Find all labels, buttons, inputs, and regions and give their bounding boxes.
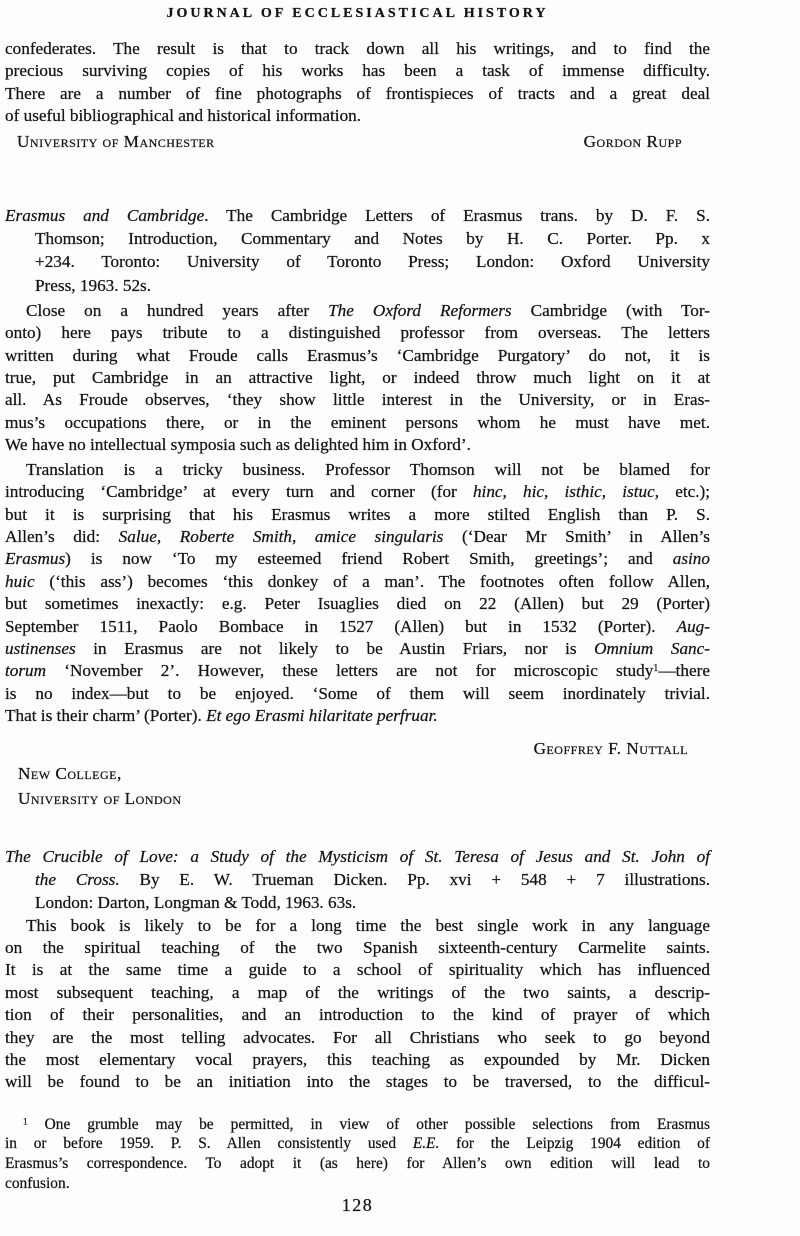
italic-text: the Cross. [35, 870, 120, 889]
text-segment: on the spiritual teaching of the two Spa… [5, 938, 710, 957]
text-segment: Erasmus’s correspondence. To adopt it (a… [5, 1155, 710, 1172]
text-segment: We have no intellectual symposia such as… [5, 435, 471, 454]
text-segment: introducing ‘Cambridge’ at every turn an… [5, 482, 473, 501]
text-line: London: Darton, Longman & Todd, 1963. 63… [5, 891, 710, 914]
text-segment: (‘Dear Mr Smith’ in Allen’s [443, 527, 710, 546]
italic-text: Erasmus and Cambridge [5, 206, 204, 225]
italic-text: hic [523, 482, 544, 501]
text-segment: . The Cambridge Letters of Erasmus trans… [204, 206, 710, 225]
text-segment: precious surviving copies of his works h… [5, 61, 710, 80]
text-line: This book is likely to be for a long tim… [5, 915, 710, 937]
text-line: most subsequent teaching, a map of the w… [5, 982, 710, 1004]
italic-text: torum [5, 661, 46, 680]
text-segment: It is at the same time a guide to a scho… [5, 960, 710, 979]
text-line: It is at the same time a guide to a scho… [5, 959, 710, 981]
text-segment: true, put Cambridge in an attractive lig… [5, 368, 710, 387]
italic-text: hinc [473, 482, 503, 501]
text-segment: Press, 1963. 52s. [35, 276, 151, 295]
text-segment: Allen’s did: [5, 527, 119, 546]
text-line: Thomson; Introduction, Commentary and No… [5, 227, 710, 250]
text-segment: There are a number of fine photographs o… [5, 84, 710, 103]
text-segment: mus’s occupations there, or in the emine… [5, 413, 710, 432]
crucible-book-citation-heading: The Crucible of Love: a Study of the Mys… [5, 845, 710, 915]
text-line: huic (‘this ass’) becomes ‘this donkey o… [5, 571, 710, 593]
reviewer-affiliation-block: New College, University of London [5, 761, 710, 811]
text-line: torum ‘November 2’. However, these lette… [5, 660, 710, 682]
text-segment: (‘this ass’) becomes ‘this donkey of a m… [35, 572, 710, 591]
text-segment: Thomson; Introduction, Commentary and No… [35, 229, 710, 248]
italic-text: istuc [622, 482, 654, 501]
text-segment: but it is surprising that his Erasmus wr… [5, 505, 710, 524]
footnote-1: 1 One grumble may be permitted, in view … [5, 1115, 710, 1193]
text-line: That is their charm’ (Porter). Et ego Er… [5, 705, 710, 727]
text-segment: but sometimes inexactly: e.g. Peter Isua… [5, 594, 710, 613]
text-line: Allen’s did: Salue, Roberte Smith, amice… [5, 526, 710, 548]
text-line: 1 One grumble may be permitted, in view … [5, 1115, 710, 1135]
page-content: JOURNAL OF ECCLESIASTICAL HISTORY confed… [5, 0, 710, 1216]
text-segment: they are the most telling advocates. For… [5, 1028, 710, 1047]
text-segment: This book is likely to be for a long tim… [26, 916, 710, 935]
text-line: Close on a hundred years after The Oxfor… [5, 300, 710, 322]
text-segment: ) is now ‘To my esteemed friend Robert S… [65, 549, 673, 568]
italic-text: The Oxford Reformers [328, 301, 511, 320]
erasmus-book-citation-heading: Erasmus and Cambridge. The Cambridge Let… [5, 204, 710, 297]
text-line: all. As Froude observes, ‘they show litt… [5, 389, 710, 411]
text-segment: of useful bibliographical and historical… [5, 106, 361, 125]
text-line: Press, 1963. 52s. [5, 274, 710, 297]
text-segment: confederates. The result is that to trac… [5, 39, 710, 58]
text-segment: in Erasmus are not likely to be Austin F… [76, 639, 594, 658]
text-line: Translation is a tricky business. Profes… [5, 459, 710, 481]
text-line: written during what Froude calls Erasmus… [5, 345, 710, 367]
text-segment: One grumble may be permitted, in view of… [28, 1116, 710, 1133]
text-segment: all. As Froude observes, ‘they show litt… [5, 390, 710, 409]
text-line: The Crucible of Love: a Study of the Mys… [5, 845, 710, 868]
text-line: the Cross. By E. W. Trueman Dicken. Pp. … [5, 868, 710, 891]
text-line: +234. Toronto: University of Toronto Pre… [5, 250, 710, 273]
text-segment: in or before 1959. P. S. Allen consisten… [5, 1135, 413, 1152]
italic-text: Aug- [677, 617, 710, 636]
text-line: We have no intellectual symposia such as… [5, 434, 710, 456]
reviewer-name-rupp: Gordon Rupp [584, 131, 682, 153]
text-line: of useful bibliographical and historical… [5, 105, 710, 127]
text-line: onto) here pays tribute to a distinguish… [5, 322, 710, 344]
text-segment: the most elementary vocal prayers, this … [5, 1050, 710, 1069]
text-segment: for the Leipzig 1904 edition of [439, 1135, 710, 1152]
text-line: ustinenses in Erasmus are not likely to … [5, 638, 710, 660]
text-segment: will be found to be an initiation into t… [5, 1072, 710, 1091]
text-line: they are the most telling advocates. For… [5, 1027, 710, 1049]
text-segment: tion of their personalities, and an intr… [5, 1005, 710, 1024]
scanned-journal-page: JOURNAL OF ECCLESIASTICAL HISTORY confed… [0, 0, 800, 1236]
text-line: tion of their personalities, and an intr… [5, 1004, 710, 1026]
text-segment: is no index—but to be enjoyed. ‘Some of … [5, 684, 710, 703]
italic-text: asino [673, 549, 710, 568]
text-segment: confusion. [5, 1175, 70, 1192]
text-segment: , [602, 482, 622, 501]
text-line: Erasmus’s correspondence. To adopt it (a… [5, 1154, 710, 1174]
text-segment: , etc.); [655, 482, 710, 501]
text-line: Erasmus) is now ‘To my esteemed friend R… [5, 548, 710, 570]
text-segment: That is their charm’ (Porter). [5, 706, 206, 725]
review-rupp-signoff-row: University of Manchester Gordon Rupp [5, 131, 710, 153]
text-segment: written during what Froude calls Erasmus… [5, 346, 710, 365]
text-segment: most subsequent teaching, a map of the w… [5, 983, 710, 1002]
text-line: the most elementary vocal prayers, this … [5, 1049, 710, 1071]
erasmus-review-paragraph-2: Translation is a tricky business. Profes… [5, 459, 710, 728]
text-line: There are a number of fine photographs o… [5, 83, 710, 105]
text-segment: onto) here pays tribute to a distinguish… [5, 323, 710, 342]
text-line: confusion. [5, 1174, 710, 1194]
text-segment: —there [658, 661, 710, 680]
text-line: on the spiritual teaching of the two Spa… [5, 937, 710, 959]
text-segment: +234. Toronto: University of Toronto Pre… [35, 252, 710, 271]
text-line: true, put Cambridge in an attractive lig… [5, 367, 710, 389]
text-segment: By E. W. Trueman Dicken. Pp. xvi + 548 +… [120, 870, 710, 889]
italic-text: The Crucible of Love: a Study of the Mys… [5, 847, 710, 866]
text-segment: September 1511, Paolo Bombace in 1527 (A… [5, 617, 677, 636]
text-segment: Cambridge (with Tor- [512, 301, 710, 320]
italic-text: E.E. [413, 1135, 440, 1152]
review-rupp-closing-paragraph: confederates. The result is that to trac… [5, 38, 710, 128]
text-segment: , [503, 482, 523, 501]
text-line: precious surviving copies of his works h… [5, 60, 710, 82]
italic-text: Erasmus [5, 549, 65, 568]
italic-text: Omnium Sanc- [594, 639, 710, 658]
text-segment: London: Darton, Longman & Todd, 1963. 63… [35, 893, 356, 912]
text-line: but sometimes inexactly: e.g. Peter Isua… [5, 593, 710, 615]
journal-header: JOURNAL OF ECCLESIASTICAL HISTORY [5, 0, 710, 22]
text-line: September 1511, Paolo Bombace in 1527 (A… [5, 616, 710, 638]
text-segment: Close on a hundred years after [26, 301, 328, 320]
text-line: but it is surprising that his Erasmus wr… [5, 504, 710, 526]
page-number: 128 [5, 1195, 710, 1216]
affiliation-line-new-college: New College, [18, 761, 710, 786]
text-segment: , [544, 482, 564, 501]
text-line: introducing ‘Cambridge’ at every turn an… [5, 481, 710, 503]
text-line: will be found to be an initiation into t… [5, 1071, 710, 1093]
text-line: confederates. The result is that to trac… [5, 38, 710, 60]
text-line: in or before 1959. P. S. Allen consisten… [5, 1134, 710, 1154]
italic-text: ustinenses [5, 639, 76, 658]
italic-text: Et ego Erasmi hilaritate perfruar. [206, 706, 438, 725]
text-line: Erasmus and Cambridge. The Cambridge Let… [5, 204, 710, 227]
reviewer-name-nuttall: Geoffrey F. Nuttall [5, 738, 710, 760]
affiliation-line-university-of-london: University of London [18, 786, 710, 811]
text-line: is no index—but to be enjoyed. ‘Some of … [5, 683, 710, 705]
italic-text: Salue, Roberte Smith, amice singularis [119, 527, 444, 546]
crucible-review-paragraph-1: This book is likely to be for a long tim… [5, 915, 710, 1094]
italic-text: isthic [565, 482, 602, 501]
text-line: mus’s occupations there, or in the emine… [5, 412, 710, 434]
text-segment: Translation is a tricky business. Profes… [26, 460, 710, 479]
reviewer-affiliation-manchester: University of Manchester [17, 131, 215, 153]
italic-text: huic [5, 572, 35, 591]
text-segment: ‘November 2’. However, these letters are… [46, 661, 653, 680]
erasmus-review-paragraph-1: Close on a hundred years after The Oxfor… [5, 300, 710, 457]
